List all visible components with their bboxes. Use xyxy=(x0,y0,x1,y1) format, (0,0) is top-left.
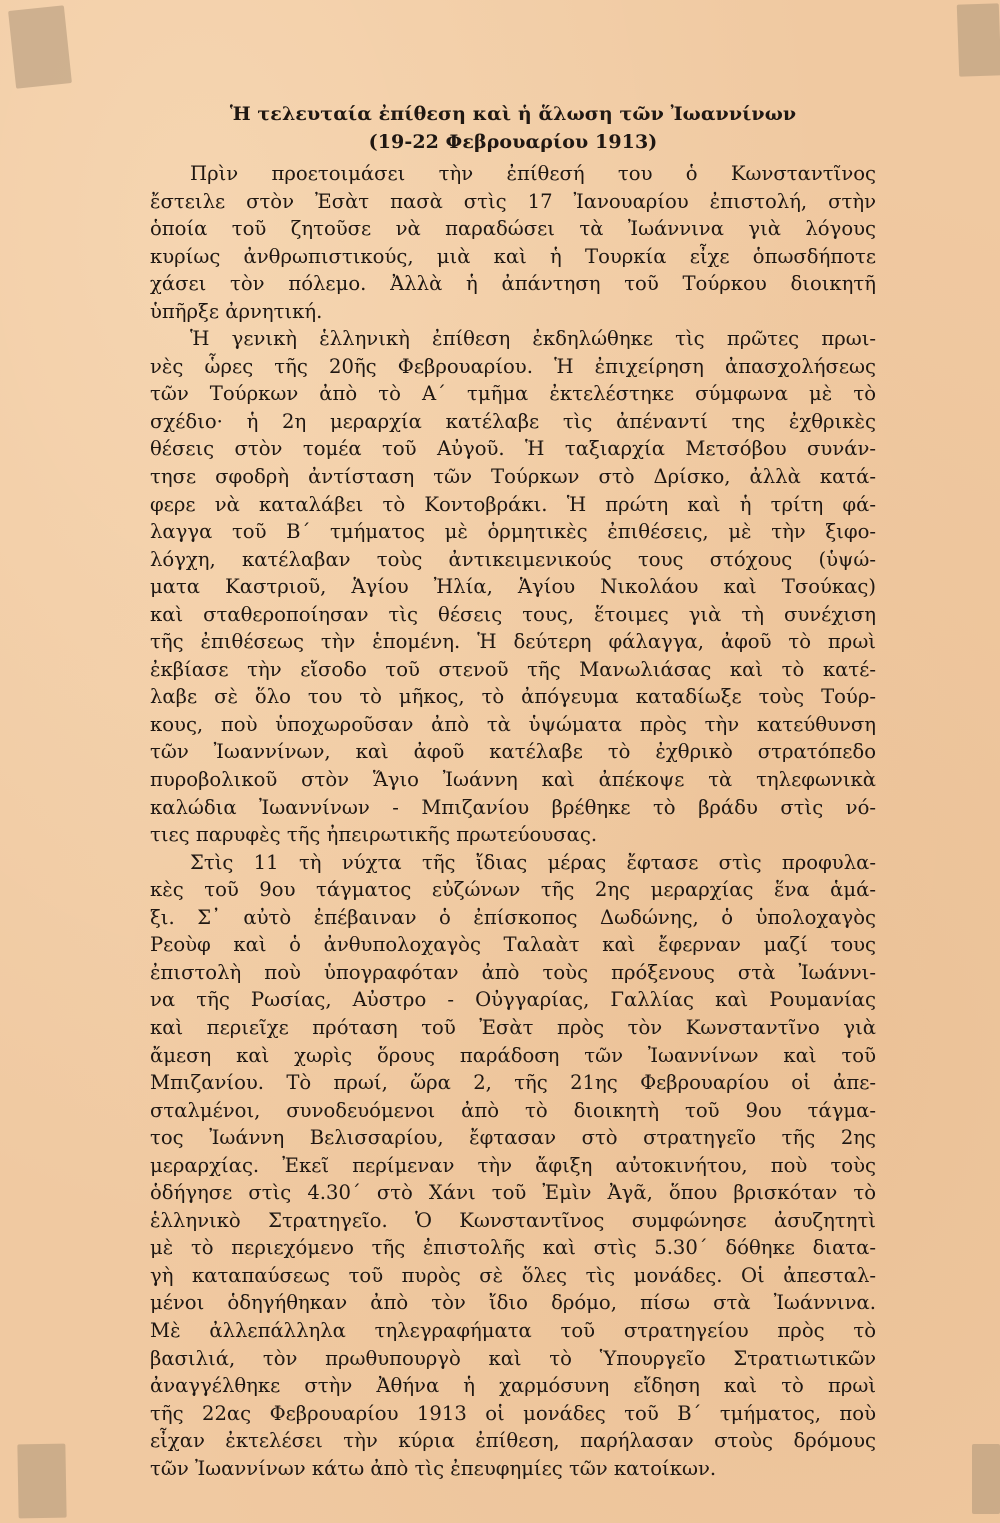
text-line: μὲ τὸ περιεχόμενο τῆς ἐπιστολῆς καὶ στὶς… xyxy=(150,1234,876,1262)
text-line: ἑλληνικὸ Στρατηγεῖο. Ὁ Κωνσταντῖνος συμφ… xyxy=(150,1207,876,1235)
tape-strip-bottom-right xyxy=(972,1444,1000,1514)
text-line: ὁποία τοῦ ζητοῦσε νὰ παραδώσει τὰ Ἰωάννι… xyxy=(150,215,876,243)
text-line: ἔστειλε στὸν Ἐσὰτ πασὰ στὶς 17 Ἰανουαρίο… xyxy=(150,188,876,216)
text-line: Στὶς 11 τὴ νύχτα τῆς ἴδιας μέρας ἔφτασε … xyxy=(150,849,876,877)
text-line: κους, ποὺ ὑποχωροῦσαν ἀπὸ τὰ ὑψώματα πρὸ… xyxy=(150,711,876,739)
tape-strip-top-right xyxy=(957,3,1000,76)
paragraph: Πρὶν προετοιμάσει τὴν ἐπίθεσή του ὁ Κωνσ… xyxy=(150,160,876,325)
document-title: Ἡ τελευταία ἐπίθεση καὶ ἡ ἅλωση τῶν Ἰωαν… xyxy=(150,100,876,156)
text-line: θέσεις στὸν τομέα τοῦ Αὐγοῦ. Ἡ ταξιαρχία… xyxy=(150,435,876,463)
text-line: νὲς ὧρες τῆς 20ῆς Φεβρουαρίου. Ἡ ἐπιχείρ… xyxy=(150,353,876,381)
text-line: ἄμεση καὶ χωρὶς ὅρους παράδοση τῶν Ἰωανν… xyxy=(150,1042,876,1070)
text-line: μένοι ὁδηγήθηκαν ἀπὸ τὸν ἴδιο δρόμο, πίσ… xyxy=(150,1289,876,1317)
text-line: τος Ἰωάννη Βελισσαρίου, ἔφτασαν στὸ στρα… xyxy=(150,1124,876,1152)
text-line: λόγχη, κατέλαβαν τοὺς ἀντικειμενικούς το… xyxy=(150,546,876,574)
text-line: ξι. Σ᾽ αὐτὸ ἐπέβαιναν ὁ ἐπίσκοπος Δωδώνη… xyxy=(150,904,876,932)
text-line: γὴ καταπαύσεως τοῦ πυρὸς σὲ ὅλες τὶς μον… xyxy=(150,1262,876,1290)
title-date-line: (19-22 Φεβρουαρίου 1913) xyxy=(150,128,876,156)
text-line: ὑπῆρξε ἀρνητική. xyxy=(150,298,876,326)
text-line: τῆς ἐπιθέσεως τὴν ἑπομένη. Ἡ δεύτερη φάλ… xyxy=(150,628,876,656)
text-line: να τῆς Ρωσίας, Αὐστρο - Οὐγγαρίας, Γαλλί… xyxy=(150,986,876,1014)
text-line: σχέδιο· ἡ 2η μεραρχία κατέλαβε τὶς ἀπένα… xyxy=(150,408,876,436)
document-page: Ἡ τελευταία ἐπίθεση καὶ ἡ ἅλωση τῶν Ἰωαν… xyxy=(150,100,876,1482)
text-line: κὲς τοῦ 9ου τάγματος εὐζώνων τῆς 2ης μερ… xyxy=(150,876,876,904)
text-line: Ἡ γενικὴ ἑλληνικὴ ἐπίθεση ἐκδηλώθηκε τὶς… xyxy=(150,325,876,353)
text-line: Μπιζανίου. Τὸ πρωί, ὥρα 2, τῆς 21ης Φεβρ… xyxy=(150,1069,876,1097)
body-text: Πρὶν προετοιμάσει τὴν ἐπίθεσή του ὁ Κωνσ… xyxy=(150,160,876,1482)
tape-strip-top-left xyxy=(8,5,72,88)
text-line: λαβε σὲ ὅλο του τὸ μῆκος, τὸ ἀπόγευμα κα… xyxy=(150,683,876,711)
text-line: καὶ σταθεροποίησαν τὶς θέσεις τους, ἕτοι… xyxy=(150,601,876,629)
text-line: Ρεοὺφ καὶ ὁ ἀνθυπολοχαγὸς Ταλαὰτ καὶ ἔφε… xyxy=(150,931,876,959)
text-line: ἐπιστολὴ ποὺ ὑπογραφόταν ἀπὸ τοὺς πρόξεν… xyxy=(150,959,876,987)
text-line: λαγγα τοῦ Β΄ τμήματος μὲ ὁρμητικὲς ἐπιθέ… xyxy=(150,518,876,546)
text-line: τῆς 22ας Φεβρουαρίου 1913 οἱ μονάδες τοῦ… xyxy=(150,1400,876,1428)
text-line: τῶν Ἰωαννίνων, καὶ ἀφοῦ κατέλαβε τὸ ἐχθρ… xyxy=(150,738,876,766)
title-line: Ἡ τελευταία ἐπίθεση καὶ ἡ ἅλωση τῶν Ἰωαν… xyxy=(150,100,876,128)
text-line: σταλμένοι, συνοδευόμενοι ἀπὸ τὸ διοικητὴ… xyxy=(150,1097,876,1125)
text-line: ἐκβίασε τὴν εἴσοδο τοῦ στενοῦ τῆς Μανωλι… xyxy=(150,656,876,684)
text-line: Μὲ ἀλλεπάλληλα τηλεγραφήματα τοῦ στρατηγ… xyxy=(150,1317,876,1345)
text-line: καὶ περιεῖχε πρόταση τοῦ Ἐσὰτ πρὸς τὸν Κ… xyxy=(150,1014,876,1042)
text-line: Πρὶν προετοιμάσει τὴν ἐπίθεσή του ὁ Κωνσ… xyxy=(150,160,876,188)
text-line: βασιλιά, τὸν πρωθυπουργὸ καὶ τὸ Ὑπουργεῖ… xyxy=(150,1345,876,1373)
text-line: χάσει τὸν πόλεμο. Ἀλλὰ ἡ ἀπάντηση τοῦ Το… xyxy=(150,270,876,298)
text-line: μεραρχίας. Ἐκεῖ περίμεναν τὴν ἄφιξη αὐτο… xyxy=(150,1152,876,1180)
text-line: τησε σφοδρὴ ἀντίσταση τῶν Τούρκων στὸ Δρ… xyxy=(150,463,876,491)
text-line: εἶχαν ἐκτελέσει τὴν κύρια ἐπίθεση, παρήλ… xyxy=(150,1427,876,1455)
text-line: κυρίως ἀνθρωπιστικούς, μιὰ καὶ ἡ Τουρκία… xyxy=(150,243,876,271)
text-line: ἀναγγέλθηκε στὴν Ἀθήνα ἡ χαρμόσυνη εἴδησ… xyxy=(150,1372,876,1400)
text-line: τιες παρυφὲς τῆς ἠπειρωτικῆς πρωτεύουσας… xyxy=(150,821,876,849)
paragraph: Στὶς 11 τὴ νύχτα τῆς ἴδιας μέρας ἔφτασε … xyxy=(150,849,876,1483)
text-line: ματα Καστριοῦ, Ἁγίου Ἠλία, Ἁγίου Νικολάο… xyxy=(150,573,876,601)
text-line: καλώδια Ἰωαννίνων - Μπιζανίου βρέθηκε τὸ… xyxy=(150,794,876,822)
text-line: πυροβολικοῦ στὸν Ἅγιο Ἰωάννη καὶ ἀπέκοψε… xyxy=(150,766,876,794)
text-line: τῶν Ἰωαννίνων κάτω ἀπὸ τὶς ἐπευφημίες τῶ… xyxy=(150,1455,876,1483)
text-line: φερε νὰ καταλάβει τὸ Κοντοβράκι. Ἡ πρώτη… xyxy=(150,491,876,519)
text-line: τῶν Τούρκων ἀπὸ τὸ Α΄ τμῆμα ἐκτελέστηκε … xyxy=(150,380,876,408)
tape-strip-bottom-left xyxy=(17,1444,66,1519)
text-line: ὁδήγησε στὶς 4.30΄ στὸ Χάνι τοῦ Ἐμὶν Ἀγᾶ… xyxy=(150,1179,876,1207)
paragraph: Ἡ γενικὴ ἑλληνικὴ ἐπίθεση ἐκδηλώθηκε τὶς… xyxy=(150,325,876,848)
